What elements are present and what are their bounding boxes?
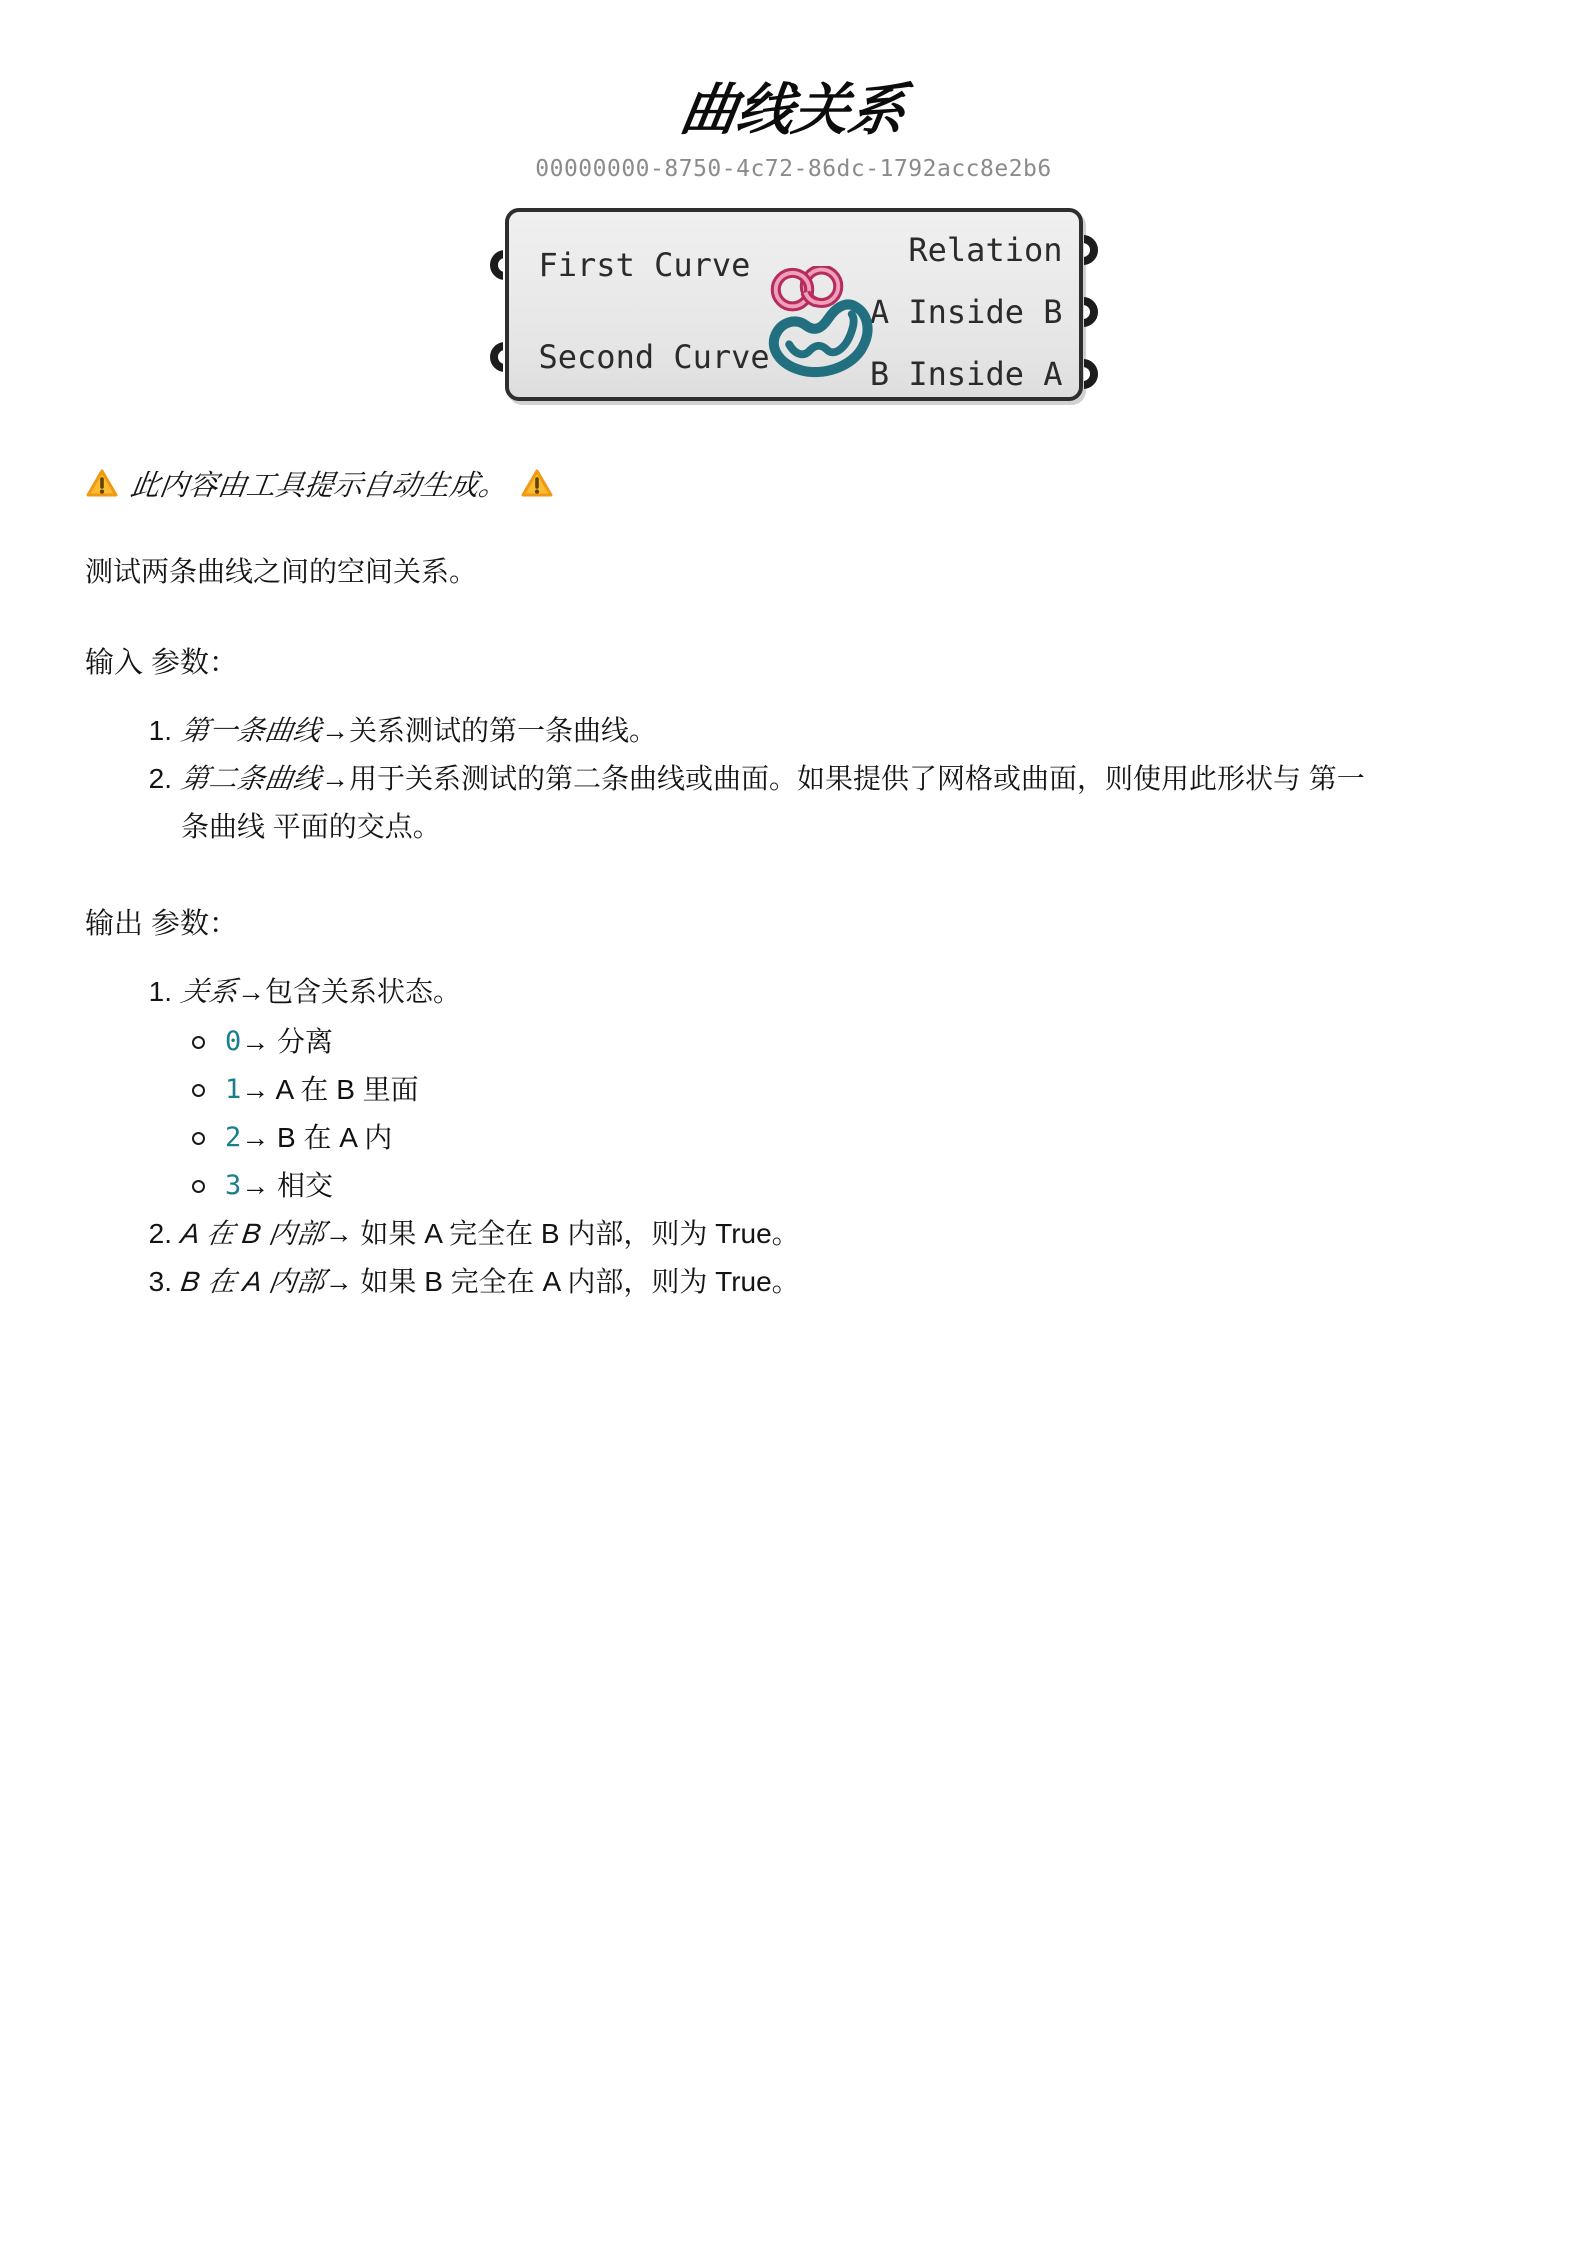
page-title: 曲线关系 — [85, 66, 1502, 146]
curve-relation-icon — [759, 266, 893, 378]
list-item-number: 1. — [85, 707, 181, 755]
circle-bullet-icon — [192, 1180, 205, 1193]
output-port-b-inside-a: B Inside A — [870, 355, 1063, 393]
list-item-number: 2. — [85, 755, 181, 851]
param-desc: → 如果 B 完全在 A 内部，则为 True。 — [325, 1266, 800, 1297]
option-text: → 相交 — [241, 1162, 333, 1210]
notice-text: 此内容由工具提示自动生成。 — [128, 463, 511, 504]
list-item: 2 → B 在 A 内 — [85, 1114, 1502, 1162]
warning-icon — [85, 468, 119, 499]
page: 曲线关系 00000000-8750-4c72-86dc-1792acc8e2b… — [0, 66, 1587, 1306]
param-name: A 在 B 内部 — [178, 1210, 328, 1258]
param-name: 第一条曲线 — [178, 707, 325, 755]
grasshopper-component: First Curve Second Curve Relation A Insi… — [505, 208, 1083, 401]
output-wire-grip — [1068, 297, 1098, 327]
list-item: 3 → 相交 — [85, 1162, 1502, 1210]
list-item-number: 3. — [85, 1258, 181, 1306]
param-desc: →关系测试的第一条曲线。 — [321, 715, 657, 746]
list-item: 3. B 在 A 内部→ 如果 B 完全在 A 内部，则为 True。 — [85, 1258, 1502, 1306]
input-wire-grip — [490, 250, 520, 280]
input-port-first-curve: First Curve — [539, 246, 751, 284]
param-name: 第二条曲线 — [178, 755, 325, 803]
auto-generated-notice: 此内容由工具提示自动生成。 — [85, 463, 1502, 504]
option-code: 2 — [225, 1114, 241, 1162]
list-item-number: 2. — [85, 1210, 181, 1258]
component-diagram-row: First Curve Second Curve Relation A Insi… — [85, 208, 1502, 401]
list-item-number: 1. — [85, 968, 181, 1016]
circle-bullet-icon — [192, 1084, 205, 1097]
component-uuid: 00000000-8750-4c72-86dc-1792acc8e2b6 — [85, 156, 1502, 182]
param-desc: →包含关系状态。 — [237, 976, 461, 1007]
page-title-text: 曲线关系 — [675, 66, 912, 146]
option-code: 1 — [225, 1066, 241, 1114]
outputs-heading: 输出 参数： — [85, 901, 1502, 942]
param-desc: →用于关系测试的第二条曲线或曲面。如果提供了网格或曲面，则使用此形状与 第一条曲… — [181, 763, 1365, 842]
output-port-a-inside-b: A Inside B — [870, 293, 1063, 331]
list-item: 1. 第一条曲线→关系测试的第一条曲线。 — [85, 707, 1502, 755]
inputs-heading: 输入 参数： — [85, 640, 1502, 681]
option-code: 0 — [225, 1018, 241, 1066]
input-wire-grip — [490, 342, 520, 372]
output-params-list: 1. 关系→包含关系状态。 0 → 分离 1 → A 在 B 里面 2 → B … — [85, 968, 1502, 1306]
option-text: → A 在 B 里面 — [241, 1066, 418, 1114]
option-text: → 分离 — [241, 1018, 333, 1066]
list-item: 0 → 分离 — [85, 1018, 1502, 1066]
list-item: 2. A 在 B 内部→ 如果 A 完全在 B 内部，则为 True。 — [85, 1210, 1502, 1258]
circle-bullet-icon — [192, 1036, 205, 1049]
list-item: 1 → A 在 B 里面 — [85, 1066, 1502, 1114]
param-name: 关系 — [178, 968, 241, 1016]
relation-options-list: 0 → 分离 1 → A 在 B 里面 2 → B 在 A 内 3 → 相交 — [85, 1018, 1502, 1210]
output-port-relation: Relation — [908, 231, 1062, 269]
list-item: 1. 关系→包含关系状态。 — [85, 968, 1502, 1016]
list-item: 2. 第二条曲线→用于关系测试的第二条曲线或曲面。如果提供了网格或曲面，则使用此… — [85, 755, 1502, 851]
component-description: 测试两条曲线之间的空间关系。 — [85, 550, 1502, 590]
output-wire-grip — [1068, 235, 1098, 265]
warning-icon — [520, 468, 554, 499]
option-text: → B 在 A 内 — [241, 1114, 392, 1162]
input-params-list: 1. 第一条曲线→关系测试的第一条曲线。 2. 第二条曲线→用于关系测试的第二条… — [85, 707, 1502, 851]
param-desc: → 如果 A 完全在 B 内部，则为 True。 — [325, 1218, 800, 1249]
option-code: 3 — [225, 1162, 241, 1210]
param-name: B 在 A 内部 — [178, 1258, 328, 1306]
output-wire-grip — [1068, 359, 1098, 389]
circle-bullet-icon — [192, 1132, 205, 1145]
input-port-second-curve: Second Curve — [539, 338, 770, 376]
